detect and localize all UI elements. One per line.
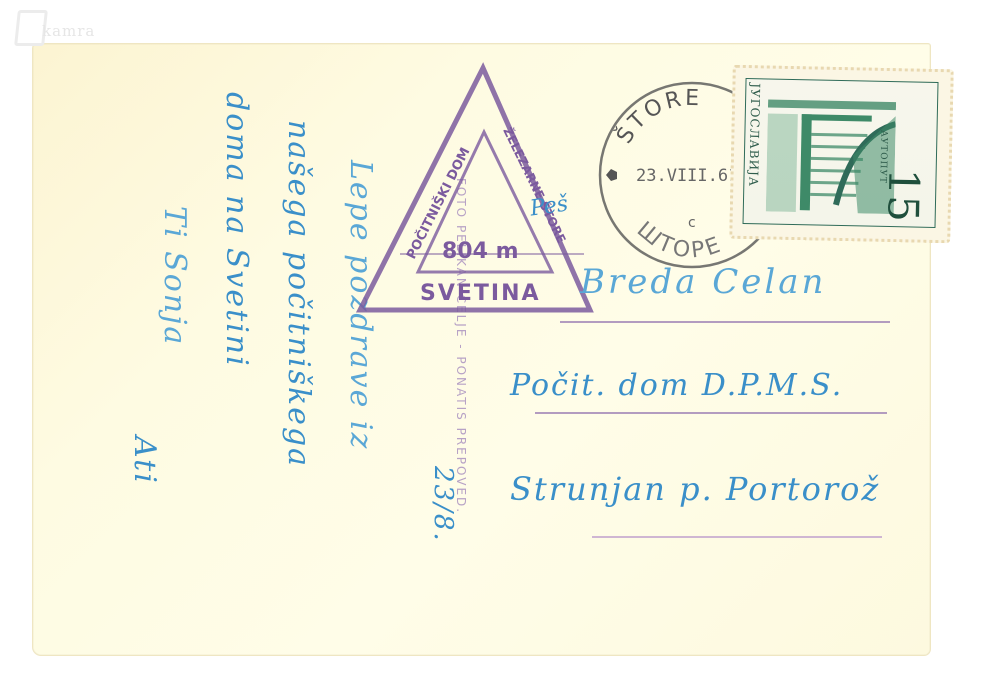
stamp-bridge-illustration-icon — [766, 93, 896, 214]
postmark-bottom-text: ШТОРЕ — [632, 217, 726, 263]
cachet-handwritten-mark: Peš — [528, 191, 569, 221]
address-rule-3 — [592, 536, 882, 538]
watermark: kamra — [12, 8, 122, 48]
message-line-5: Ati — [127, 436, 162, 485]
postmark-letter: c — [688, 215, 696, 231]
cachet-triangle-icon: POČITNIŠKI DOM ŽELEZARNE ŠTORE 804 m SVE… — [340, 60, 602, 320]
message-line-2: našega počitniškega — [281, 120, 316, 468]
postmark-star-icon — [606, 169, 617, 181]
stamp-country: ЈУГОСЛАВИЈА — [746, 83, 762, 187]
address-line-2: Počit. dom D.P.M.S. — [510, 368, 843, 403]
svg-text:ŠTORE: ŠTORE — [611, 86, 702, 148]
address-line-3: Strunjan p. Portorož — [510, 470, 880, 508]
cachet-place: SVETINA — [420, 281, 541, 306]
message-line-4: Ti Sonja — [157, 206, 192, 346]
stamp-value: 15 — [881, 168, 924, 222]
postmark-top-text: ŠTORE — [611, 86, 702, 148]
watermark-text: kamra — [42, 22, 95, 40]
postage-stamp: ЈУГОСЛАВИЈА АУТОПУТ 15 — [729, 65, 954, 244]
cachet-stamp: POČITNIŠKI DOM ŽELEZARNE ŠTORE 804 m SVE… — [340, 60, 602, 320]
cachet-altitude: 804 m — [442, 239, 519, 264]
message-line-3: doma na Svetini — [219, 92, 254, 368]
address-line-1: Breda Celan — [580, 262, 826, 302]
address-rule-2 — [535, 412, 887, 414]
address-rule-1 — [560, 321, 890, 323]
svg-text:ШТОРЕ: ШТОРЕ — [632, 217, 726, 263]
